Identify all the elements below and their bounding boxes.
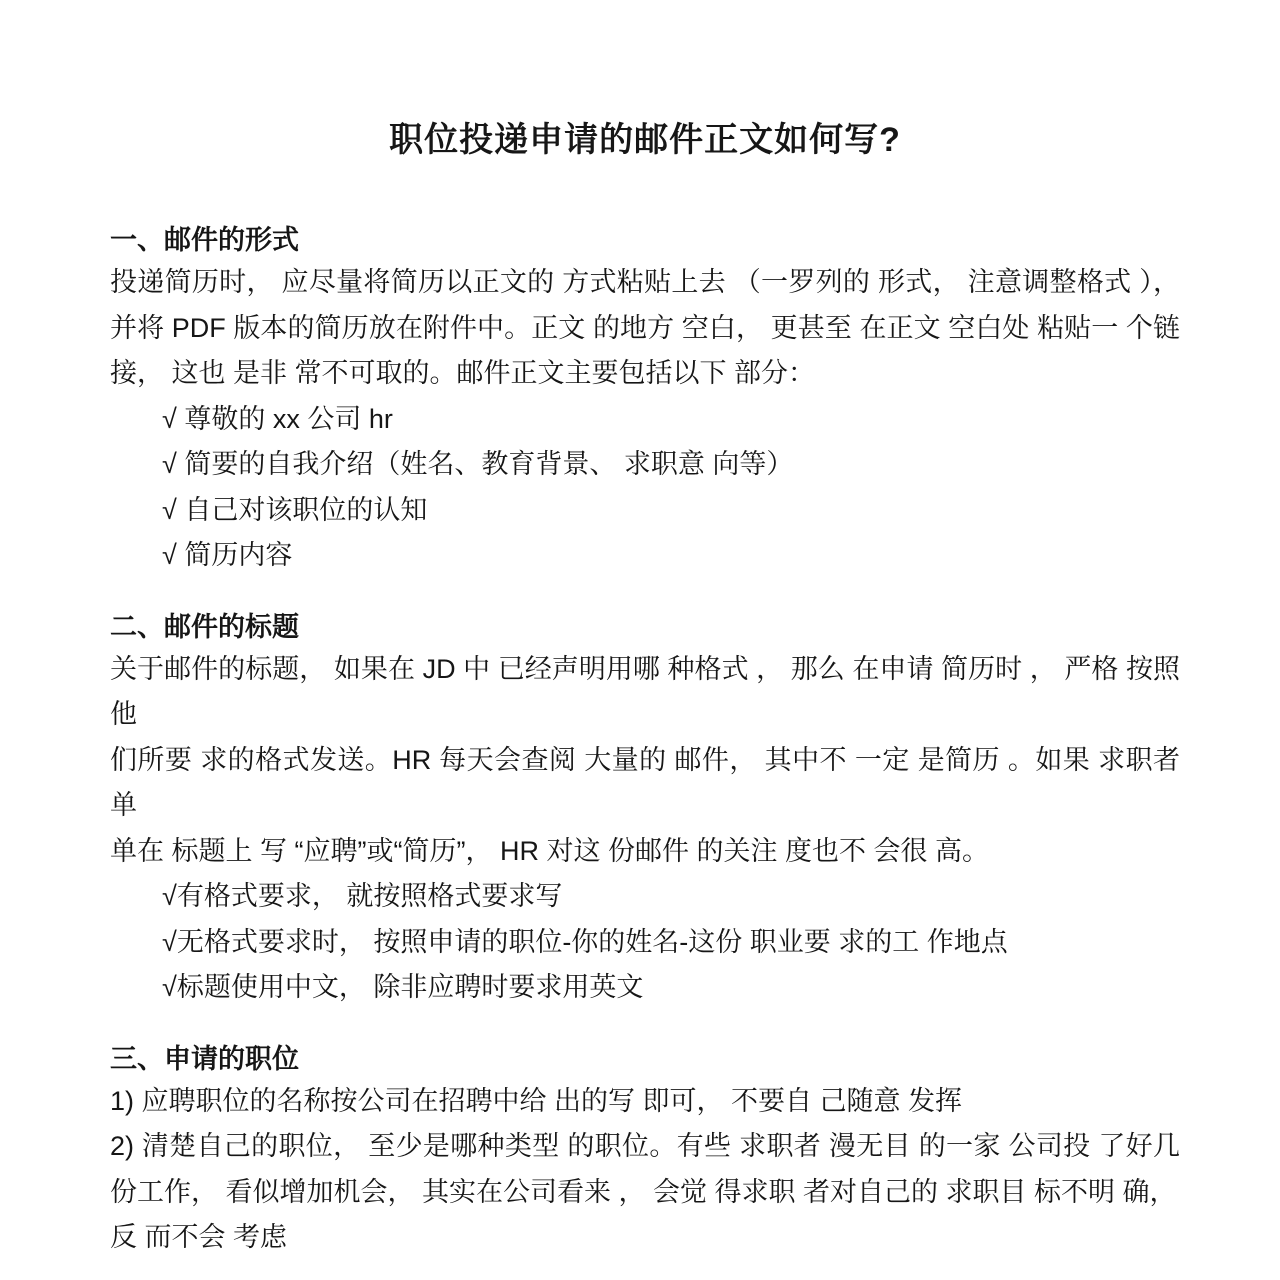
section-heading-email-format: 一、邮件的形式 xyxy=(110,220,1180,260)
paragraph-line: 并将 PDF 版本的简历放在附件中。正文 的地方 空白， 更甚至 在正文 空白处… xyxy=(110,306,1180,352)
page-title: 职位投递申请的邮件正文如何写? xyxy=(110,120,1180,160)
document-page: 职位投递申请的邮件正文如何写? 一、邮件的形式 投递简历时， 应尽量将简历以正文… xyxy=(0,0,1280,1280)
checklist-item: √ 简历内容 xyxy=(110,533,1180,579)
checklist-item: √标题使用中文， 除非应聘时要求用英文 xyxy=(110,965,1180,1011)
paragraph-line: 单在 标题上 写 “应聘”或“简历”， HR 对这 份邮件 的关注 度也不 会很… xyxy=(110,829,1180,875)
checklist-item: √ 尊敬的 xx 公司 hr xyxy=(110,397,1180,443)
paragraph-line: 投递简历时， 应尽量将简历以正文的 方式粘贴上去 （一罗列的 形式， 注意调整格… xyxy=(110,260,1180,306)
checklist-item: √ 自己对该职位的认知 xyxy=(110,488,1180,534)
section-email-subject: 二、邮件的标题 关于邮件的标题， 如果在 JD 中 已经声明用哪 种格式 ， 那… xyxy=(110,607,1180,1011)
section-email-format: 一、邮件的形式 投递简历时， 应尽量将简历以正文的 方式粘贴上去 （一罗列的 形… xyxy=(110,220,1180,579)
paragraph-line: 关于邮件的标题， 如果在 JD 中 已经声明用哪 种格式 ， 那么 在申请 简历… xyxy=(110,647,1180,738)
numbered-item: 1) 应聘职位的名称按公司在招聘中给 出的写 即可， 不要自 己随意 发挥 xyxy=(110,1079,1180,1125)
paragraph-line: 份工作， 看似增加机会， 其实在公司看来 ， 会觉 得求职 者对自己的 求职目 … xyxy=(110,1170,1180,1216)
section-heading-applied-position: 三、申请的职位 xyxy=(110,1039,1180,1079)
checklist-item: √ 简要的自我介绍（姓名、教育背景、 求职意 向等） xyxy=(110,442,1180,488)
numbered-item: 2) 清楚自己的职位， 至少是哪种类型 的职位。有些 求职者 漫无目 的一家 公… xyxy=(110,1124,1180,1170)
section-heading-email-subject: 二、邮件的标题 xyxy=(110,607,1180,647)
checklist-item: √有格式要求， 就按照格式要求写 xyxy=(110,874,1180,920)
paragraph-line: 们所要 求的格式发送。HR 每天会查阅 大量的 邮件， 其中不 一定 是简历 。… xyxy=(110,738,1180,829)
paragraph-line: 反 而不会 考虑 xyxy=(110,1215,1180,1261)
paragraph-line: 接， 这也 是非 常不可取的。邮件正文主要包括以下 部分： xyxy=(110,351,1180,397)
checklist-item: √无格式要求时， 按照申请的职位-你的姓名-这份 职业要 求的工 作地点 xyxy=(110,920,1180,966)
section-applied-position: 三、申请的职位 1) 应聘职位的名称按公司在招聘中给 出的写 即可， 不要自 己… xyxy=(110,1039,1180,1261)
